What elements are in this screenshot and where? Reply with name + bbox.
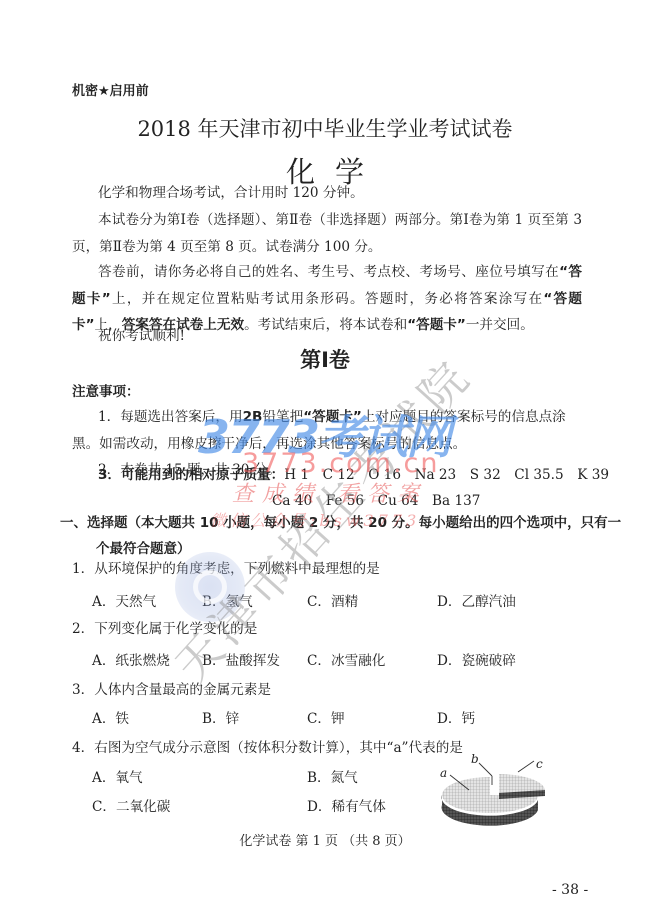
answer-card-term: “答题卡” <box>303 409 362 425</box>
q2-option-c[interactable]: C．冰雪融化 <box>307 649 385 669</box>
notice-item-3-row: 3．可能用到的相对原子质量：H 1 C 12 O 16 Na 23 S 32 C… <box>98 462 609 489</box>
q4-option-a[interactable]: A．氧气 <box>92 766 143 786</box>
instr-text: 上，并在规定位置粘贴考试用条形码。答题时，务必将答案涂写在 <box>111 291 544 307</box>
pie-label-c: c <box>536 757 543 771</box>
q1-option-d[interactable]: D．乙醇汽油 <box>437 590 516 610</box>
air-composition-pie-figure <box>434 750 564 835</box>
q3-option-c[interactable]: C．钾 <box>307 707 345 727</box>
section-1-heading: 一、选择题（本大题共 10 小题，每小题 2 分，共 20 分。每小题给出的四个… <box>60 510 626 562</box>
q1-option-c[interactable]: C．酒精 <box>307 590 358 610</box>
q4-option-d[interactable]: D．稀有气体 <box>307 795 386 815</box>
exam-title: 2018 年天津市初中毕业生学业考试试卷 <box>0 113 650 143</box>
notice-text: 1．每题选出答案后，用 <box>98 409 243 425</box>
q2-option-d[interactable]: D．瓷碗破碎 <box>437 649 516 669</box>
pie-label-a: a <box>440 766 447 780</box>
atomic-mass-label: 3．可能用到的相对原子质量： <box>98 467 284 483</box>
volume-title: 第Ⅰ卷 <box>0 344 650 374</box>
notice-text: 铅笔把 <box>262 409 303 425</box>
intro-time: 化学和物理合场考试，合计用时 120 分钟。 <box>98 180 364 207</box>
atomic-mass-line-1: H 1 C 12 O 16 Na 23 S 32 Cl 35.5 K 39 <box>284 467 609 483</box>
exam-page: 机密★启用前 2018 年天津市初中毕业生学业考试试卷 化学 化学和物理合场考试… <box>0 0 650 923</box>
intro-structure: 本试卷分为第Ⅰ卷（选择题）、第Ⅱ卷（非选择题）两部分。第Ⅰ卷为第 1 页至第 3… <box>72 207 582 260</box>
pie-label-b: b <box>471 752 479 766</box>
instr-answer-card: “答题卡” <box>407 317 466 333</box>
instr-text: 一并交回。 <box>466 317 534 333</box>
question-3-stem: 3．人体内含量最高的金属元素是 <box>72 678 271 698</box>
notice-heading: 注意事项： <box>72 380 140 400</box>
instr-text: 。考试结束后，将本试卷和 <box>244 317 407 333</box>
question-4-stem: 4．右图为空气成分示意图（按体积分数计算），其中“a”代表的是 <box>72 736 463 756</box>
question-2-stem: 2．下列变化属于化学变化的是 <box>72 617 257 637</box>
seal-watermark-icon <box>175 552 245 622</box>
q1-option-a[interactable]: A．天然气 <box>92 590 156 610</box>
q4-option-c[interactable]: C．二氧化碳 <box>92 795 170 815</box>
q3-option-b[interactable]: B．锌 <box>202 707 239 727</box>
instr-text: 答卷前，请你务必将自己的姓名、考生号、考点校、考场号、座位号填写在 <box>98 264 559 280</box>
q2-option-b[interactable]: B．盐酸挥发 <box>202 649 280 669</box>
page-number: - 38 - <box>552 882 588 898</box>
page-footer: 化学试卷 第 1 页 （共 8 页） <box>0 830 650 849</box>
confidential-label: 机密★启用前 <box>72 80 149 99</box>
q3-option-a[interactable]: A．铁 <box>92 707 129 727</box>
notice-item-1: 1．每题选出答案后，用2B铅笔把“答题卡”上对应题目的答案标号的信息点涂黑。如需… <box>72 404 592 457</box>
q3-option-d[interactable]: D．钙 <box>437 707 475 727</box>
pencil-type: 2B <box>243 409 263 425</box>
q4-option-b[interactable]: B．氮气 <box>307 766 358 786</box>
q2-option-a[interactable]: A．纸张燃烧 <box>92 649 170 669</box>
